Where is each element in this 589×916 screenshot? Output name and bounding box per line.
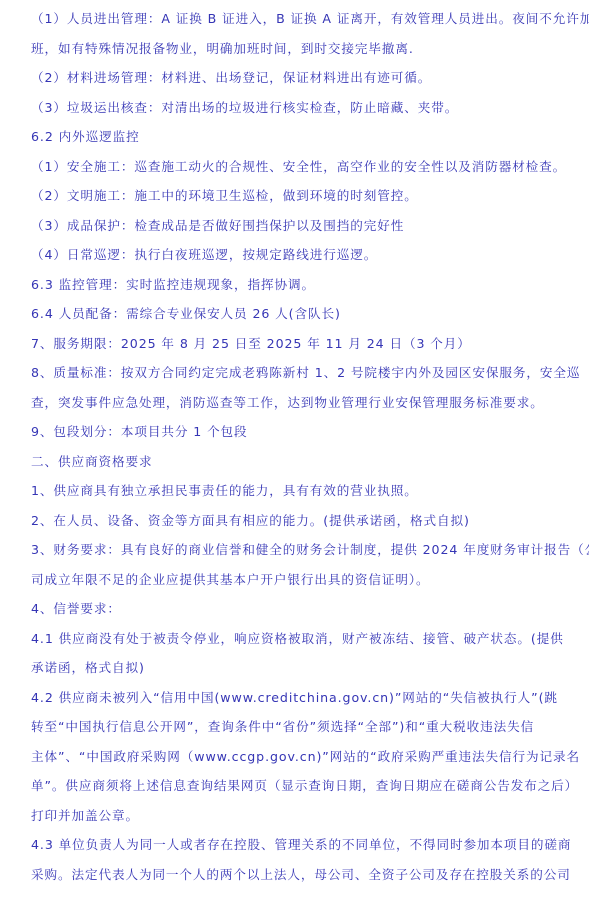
paragraph-line: 司成立年限不足的企业应提供其基本户开户银行出具的资信证明）。 bbox=[0, 565, 589, 595]
paragraph-line: 8、质量标准：按双方合同约定完成老鸦陈新村 1、2 号院楼宇内外及园区安保服务，… bbox=[0, 358, 589, 388]
paragraph-line: 转至“中国执行信息公开网”，查询条件中“省份”须选择“全部”)和“重大税收违法失… bbox=[0, 712, 589, 742]
paragraph-line: （1）人员进出管理：A 证换 B 证进入，B 证换 A 证离开，有效管理人员进出… bbox=[0, 4, 589, 34]
paragraph-line: 4.1 供应商没有处于被责令停业，响应资格被取消，财产被冻结、接管、破产状态。(… bbox=[0, 624, 589, 654]
paragraph-line: 6.3 监控管理：实时监控违规现象，指挥协调。 bbox=[0, 270, 589, 300]
paragraph-line: 4、信誉要求： bbox=[0, 594, 589, 624]
paragraph-line: （2）材料进场管理：材料进、出场登记，保证材料进出有迹可循。 bbox=[0, 63, 589, 93]
paragraph-line: 1、供应商具有独立承担民事责任的能力，具有有效的营业执照。 bbox=[0, 476, 589, 506]
document-body: （1）人员进出管理：A 证换 B 证进入，B 证换 A 证离开，有效管理人员进出… bbox=[0, 4, 589, 889]
paragraph-line: 4.3 单位负责人为同一人或者存在控股、管理关系的不同单位，不得同时参加本项目的… bbox=[0, 830, 589, 860]
paragraph-line: （1）安全施工：巡查施工动火的合规性、安全性，高空作业的安全性以及消防器材检查。 bbox=[0, 152, 589, 182]
paragraph-line: 承诺函，格式自拟) bbox=[0, 653, 589, 683]
paragraph-line: 7、服务期限：2025 年 8 月 25 日至 2025 年 11 月 24 日… bbox=[0, 329, 589, 359]
paragraph-line: （3）成品保护：检查成品是否做好围挡保护以及围挡的完好性 bbox=[0, 211, 589, 241]
paragraph-line: 单”。供应商须将上述信息查询结果网页（显示查询日期，查询日期应在磋商公告发布之后… bbox=[0, 771, 589, 801]
paragraph-line: 主体”、“中国政府采购网（www.ccgp.gov.cn)”网站的“政府采购严重… bbox=[0, 742, 589, 772]
paragraph-line: （3）垃圾运出核查：对清出场的垃圾进行核实检查，防止暗藏、夹带。 bbox=[0, 93, 589, 123]
paragraph-line: 采购。法定代表人为同一个人的两个以上法人，母公司、全资子公司及存在控股关系的公司 bbox=[0, 860, 589, 890]
paragraph-line: 3、财务要求：具有良好的商业信誉和健全的财务会计制度，提供 2024 年度财务审… bbox=[0, 535, 589, 565]
paragraph-line: 9、包段划分：本项目共分 1 个包段 bbox=[0, 417, 589, 447]
paragraph-line: 6.4 人员配备：需综合专业保安人员 26 人(含队长) bbox=[0, 299, 589, 329]
paragraph-line: 2、在人员、设备、资金等方面具有相应的能力。(提供承诺函，格式自拟) bbox=[0, 506, 589, 536]
section-heading: 二、供应商资格要求 bbox=[0, 447, 589, 477]
paragraph-line: （4）日常巡逻：执行白夜班巡逻，按规定路线进行巡逻。 bbox=[0, 240, 589, 270]
section-heading: 6.2 内外巡逻监控 bbox=[0, 122, 589, 152]
paragraph-line: 查，突发事件应急处理，消防巡查等工作，达到物业管理行业安保管理服务标准要求。 bbox=[0, 388, 589, 418]
paragraph-line: （2）文明施工：施工中的环境卫生巡检，做到环境的时刻管控。 bbox=[0, 181, 589, 211]
paragraph-line: 4.2 供应商未被列入“信用中国(www.creditchina.gov.cn)… bbox=[0, 683, 589, 713]
paragraph-line: 打印并加盖公章。 bbox=[0, 801, 589, 831]
paragraph-line: 班，如有特殊情况报备物业，明确加班时间，到时交接完毕撤离. bbox=[0, 34, 589, 64]
